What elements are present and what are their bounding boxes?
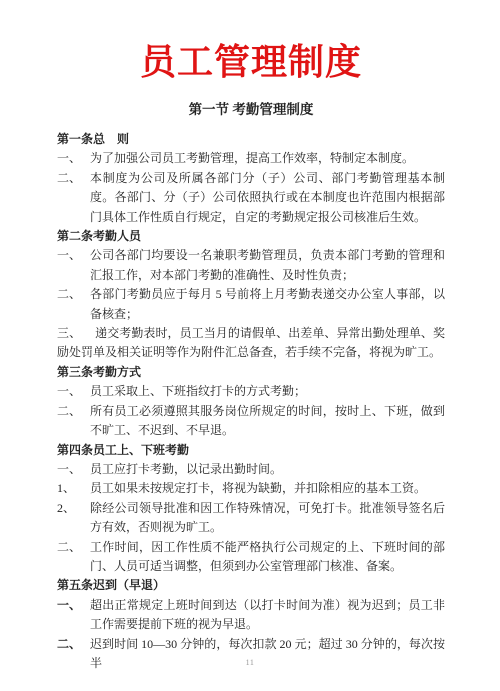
item-marker: 一、 (57, 246, 81, 265)
item-text: 工作时间，因工作性质不能严格执行公司规定的上、下班时间的部门、人员可适当调整，但… (90, 540, 445, 573)
item-text: 员工应打卡考勤，以记录出勤时间。 (90, 462, 282, 476)
list-item: 一、员工采取上、下班指纹打卡的方式考勤； (57, 382, 445, 401)
item-marker: 二、 (57, 635, 81, 654)
list-item: 1、员工如果未按规定打卡，将视为缺勤，并扣除相应的基本工资。 (57, 479, 445, 498)
item-marker: 2、 (57, 499, 75, 518)
item-marker: 二、 (57, 538, 81, 557)
item-marker: 二、 (57, 169, 81, 188)
document-title: 员工管理制度 (57, 42, 445, 82)
list-item: 二、工作时间，因工作性质不能严格执行公司规定的上、下班时间的部门、人员可适当调整… (57, 538, 445, 577)
list-item: 一、员工应打卡考勤，以记录出勤时间。 (57, 460, 445, 479)
item-marker: 二、 (57, 285, 81, 304)
section-heading: 第四条员工上、下班考勤 (57, 441, 445, 460)
item-text: 员工如果未按规定打卡，将视为缺勤，并扣除相应的基本工资。 (90, 481, 426, 495)
item-marker: 一、 (57, 382, 81, 401)
document-page: 员工管理制度 第一节 考勤管理制度 第一条总 则一、为了加强公司员工考勤管理，提… (0, 0, 500, 673)
item-marker: 一、 (57, 460, 81, 479)
item-text: 超出正常规定上班时间到达（以打卡时间为准）视为迟到；员工非工作需要提前下班的视为… (90, 598, 445, 631)
item-text: 各部门考勤员应于每月 5 号前将上月考勤表递交办公室人事部，以备核查； (90, 287, 445, 320)
item-marker: 1、 (57, 479, 75, 498)
item-marker: 三、 (57, 326, 81, 340)
page-number: 11 (0, 658, 500, 667)
list-item: 2、除经公司领导批准和因工作特殊情况，可免打卡。批准领导签名后方有效，否则视为旷… (57, 499, 445, 538)
list-item: 三、递交考勤表时，员工当月的请假单、出差单、异常出勤处理单、奖励处罚单及相关证明… (57, 324, 445, 363)
item-text: 所有员工必须遵照其服务岗位所规定的时间，按时上、下班，做到不旷工、不迟到、不早退… (90, 404, 445, 437)
list-item: 一、公司各部门均要设一名兼职考勤管理员，负责本部门考勤的管理和汇报工作，对本部门… (57, 246, 445, 285)
item-text: 除经公司领导批准和因工作特殊情况，可免打卡。批准领导签名后方有效，否则视为旷工。 (90, 501, 445, 534)
item-marker: 一、 (57, 596, 81, 615)
list-item: 二、所有员工必须遵照其服务岗位所规定的时间，按时上、下班，做到不旷工、不迟到、不… (57, 402, 445, 441)
document-body: 第一条总 则一、为了加强公司员工考勤管理，提高工作效率，特制定本制度。二、本制度… (57, 130, 445, 673)
section-heading: 第三条考勤方式 (57, 363, 445, 382)
section-heading: 第一条总 则 (57, 130, 445, 149)
list-item: 一、超出正常规定上班时间到达（以打卡时间为准）视为迟到；员工非工作需要提前下班的… (57, 596, 445, 635)
list-item: 二、迟到时间 10—30 分钟的，每次扣款 20 元；超过 30 分钟的，每次按… (57, 635, 445, 674)
list-item: 一、为了加强公司员工考勤管理，提高工作效率，特制定本制度。 (57, 149, 445, 168)
item-text: 员工采取上、下班指纹打卡的方式考勤； (90, 384, 306, 398)
item-text: 本制度为公司及所属各部门分（子）公司、部门考勤管理基本制度。各部门、分（子）公司… (90, 171, 445, 224)
list-item: 二、本制度为公司及所属各部门分（子）公司、部门考勤管理基本制度。各部门、分（子）… (57, 169, 445, 227)
section-title: 第一节 考勤管理制度 (57, 101, 445, 119)
item-text: 公司各部门均要设一名兼职考勤管理员，负责本部门考勤的管理和汇报工作，对本部门考勤… (90, 248, 445, 281)
section-heading: 第二条考勤人员 (57, 227, 445, 246)
section-heading: 第五条迟到（早退） (57, 576, 445, 595)
item-text: 为了加强公司员工考勤管理，提高工作效率，特制定本制度。 (90, 151, 414, 165)
list-item: 二、各部门考勤员应于每月 5 号前将上月考勤表递交办公室人事部，以备核查； (57, 285, 445, 324)
item-marker: 一、 (57, 149, 81, 168)
item-marker: 二、 (57, 402, 81, 421)
item-text: 递交考勤表时，员工当月的请假单、出差单、异常出勤处理单、奖励处罚单及相关证明等作… (57, 326, 445, 359)
